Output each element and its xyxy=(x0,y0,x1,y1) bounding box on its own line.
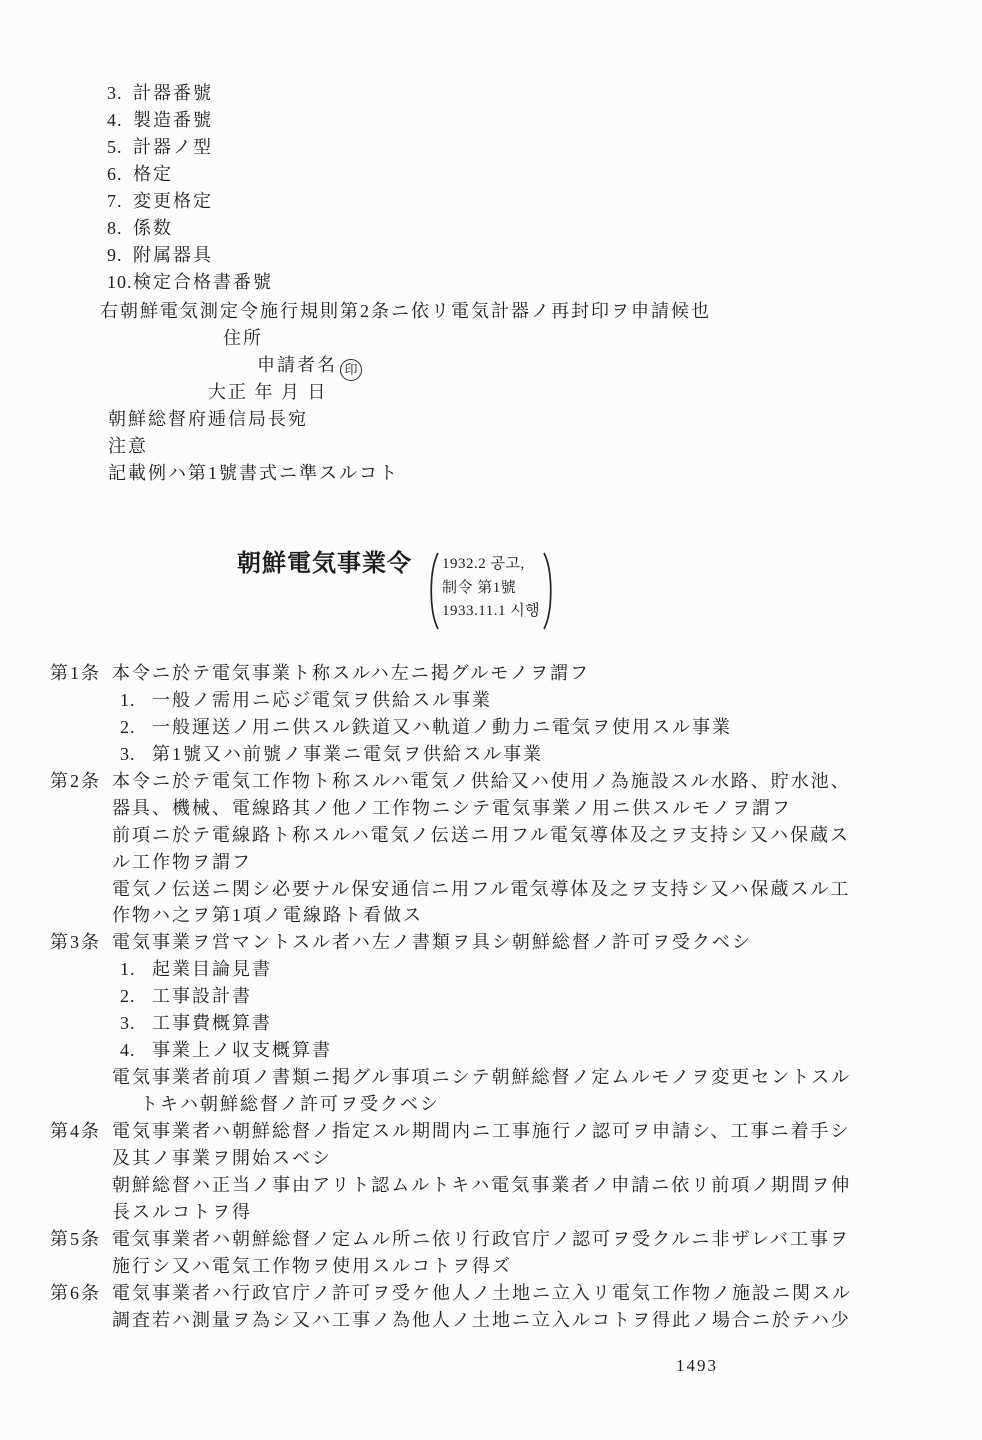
article-text: 事業上ノ収支概算書 xyxy=(152,1037,332,1064)
item-number: 10. xyxy=(107,269,133,296)
form-statement: 右朝鮮電気測定令施行規則第2条ニ依リ電気計器ノ再封印ヲ申請候也 xyxy=(0,298,982,325)
annotation-line: 1932.2 공고, xyxy=(442,553,540,577)
seal-mark: 印 xyxy=(340,359,362,381)
ordinance-articles: 第1条本令ニ於テ電気事業ト称スルハ左ニ掲グルモノヲ謂フ1.一般ノ需用ニ応ジ電気ヲ… xyxy=(0,660,982,1333)
article-line: 作物ハ之ヲ第1項ノ電線路ト看做ス xyxy=(0,902,982,929)
article-line: 2.工事設計書 xyxy=(0,983,982,1010)
article-start-line: 第2条本令ニ於テ電気工作物ト称スルハ電気ノ供給又ハ使用ノ為施設スル水路、貯水池、 xyxy=(0,768,982,795)
article-start-line: 第4条電気事業者ハ朝鮮総督ノ指定スル期間内ニ工事施行ノ認可ヲ申請シ、工事ニ着手シ xyxy=(0,1118,982,1145)
article-text: 電気事業者ハ朝鮮総督ノ定ムル所ニ依リ行政官庁ノ認可ヲ受クルニ非ザレバ工事ヲ xyxy=(112,1226,850,1253)
annotation-line: 制令 第1號 xyxy=(442,577,540,601)
article-text: 工事設計書 xyxy=(152,983,252,1010)
article-text: 電気事業ヲ営マントスル者ハ左ノ書類ヲ具シ朝鮮総督ノ許可ヲ受クベシ xyxy=(112,929,752,956)
item-label: 附属器具 xyxy=(133,242,213,269)
article-text: 朝鮮総督ハ正当ノ事由アリト認ムルトキハ電気事業者ノ申請ニ依リ前項ノ期間ヲ伸 xyxy=(112,1172,851,1199)
note-heading: 注意 xyxy=(0,433,982,460)
annotation-line: 1933.11.1 시행 xyxy=(442,600,540,624)
item-label: 変更格定 xyxy=(133,188,213,215)
article-line: 調査若ハ測量ヲ為シ又ハ工事ノ為他人ノ土地ニ立入ルコトヲ得此ノ場合ニ於テハ少 xyxy=(0,1307,982,1334)
annotation-lines: 1932.2 공고,制令 第1號1933.11.1 시행 xyxy=(442,553,540,624)
meter-form-item: 8.係数 xyxy=(0,215,982,242)
article-text: 第1號又ハ前號ノ事業ニ電気ヲ供給スル事業 xyxy=(152,741,543,768)
addressee-line: 朝鮮総督府逓信局長宛 xyxy=(0,406,982,433)
article-text: 工事費概算書 xyxy=(152,1010,272,1037)
article-line: 及其ノ事業ヲ開始スベシ xyxy=(0,1145,982,1172)
article-line: 2.一般運送ノ用ニ供スル鉄道又ハ軌道ノ動力ニ電気ヲ使用スル事業 xyxy=(0,714,982,741)
meter-form-item: 5.計器ノ型 xyxy=(0,134,982,161)
left-paren-icon xyxy=(426,551,440,631)
meter-form-item: 3.計器番號 xyxy=(0,80,982,107)
item-label: 製造番號 xyxy=(133,107,213,134)
article-line: 朝鮮総督ハ正当ノ事由アリト認ムルトキハ電気事業者ノ申請ニ依リ前項ノ期間ヲ伸 xyxy=(0,1172,982,1199)
item-number: 2. xyxy=(120,983,136,1010)
meter-form-item: 6.格定 xyxy=(0,161,982,188)
article-line: 施行シ又ハ電気工作物ヲ使用スルコトヲ得ズ xyxy=(0,1253,982,1280)
ordinance-annotation: 1932.2 공고,制令 第1號1933.11.1 시행 xyxy=(426,551,556,631)
meter-form-item: 9.附属器具 xyxy=(0,242,982,269)
meter-form-item: 7.変更格定 xyxy=(0,188,982,215)
meter-form-list: 3.計器番號4.製造番號5.計器ノ型6.格定7.変更格定8.係数9.附属器具10… xyxy=(0,80,982,296)
item-label: 格定 xyxy=(133,161,173,188)
meter-form-lines: 右朝鮮電気測定令施行規則第2条ニ依リ電気計器ノ再封印ヲ申請候也 住所 申請者名印… xyxy=(0,298,982,487)
page-number: 1493 xyxy=(676,1352,718,1379)
article-text: 電気事業者前項ノ書類ニ掲グル事項ニシテ朝鮮総督ノ定ムルモノヲ変更セントスル xyxy=(112,1064,851,1091)
item-number: 6. xyxy=(107,161,123,188)
article-text: 施行シ又ハ電気工作物ヲ使用スルコトヲ得ズ xyxy=(112,1253,512,1280)
article-label: 第5条 xyxy=(50,1226,101,1253)
meter-form-item: 10.検定合格書番號 xyxy=(0,269,982,296)
item-number: 4. xyxy=(120,1037,136,1064)
article-start-line: 第6条電気事業者ハ行政官庁ノ許可ヲ受ケ他人ノ土地ニ立入リ電気工作物ノ施設ニ関スル xyxy=(0,1280,982,1307)
article-text: トキハ朝鮮総督ノ許可ヲ受クベシ xyxy=(140,1091,440,1118)
article-line: 4.事業上ノ収支概算書 xyxy=(0,1037,982,1064)
article-start-line: 第1条本令ニ於テ電気事業ト称スルハ左ニ掲グルモノヲ謂フ xyxy=(0,660,982,687)
article-label: 第4条 xyxy=(50,1118,101,1145)
article-line: 前項ニ於テ電線路ト称スルハ電気ノ伝送ニ用フル電気導体及之ヲ支持シ又ハ保蔵ス xyxy=(0,822,982,849)
article-text: 電気事業者ハ朝鮮総督ノ指定スル期間内ニ工事施行ノ認可ヲ申請シ、工事ニ着手シ xyxy=(112,1118,851,1145)
article-text: 調査若ハ測量ヲ為シ又ハ工事ノ為他人ノ土地ニ立入ルコトヲ得此ノ場合ニ於テハ少 xyxy=(112,1307,851,1334)
note-text: 記載例ハ第1號書式ニ準スルコト xyxy=(0,460,982,487)
item-number: 9. xyxy=(107,242,123,269)
item-number: 5. xyxy=(107,134,123,161)
article-text: 電気ノ伝送ニ関シ必要ナル保安通信ニ用フル電気導体及之ヲ支持シ又ハ保蔵スル工 xyxy=(112,876,850,903)
article-text: 一般ノ需用ニ応ジ電気ヲ供給スル事業 xyxy=(152,687,492,714)
article-text: ル工作物ヲ謂フ xyxy=(112,849,252,876)
address-label: 住所 xyxy=(0,325,982,352)
item-number: 1. xyxy=(120,956,136,983)
item-number: 1. xyxy=(120,687,136,714)
item-label: 計器番號 xyxy=(133,80,213,107)
scanned-document-page: 3.計器番號4.製造番號5.計器ノ型6.格定7.変更格定8.係数9.附属器具10… xyxy=(0,0,982,1440)
ordinance-title: 朝鮮電気事業令 xyxy=(237,551,412,578)
item-number: 7. xyxy=(107,188,123,215)
article-text: 電気事業者ハ行政官庁ノ許可ヲ受ケ他人ノ土地ニ立入リ電気工作物ノ施設ニ関スル xyxy=(112,1280,852,1307)
article-start-line: 第5条電気事業者ハ朝鮮総督ノ定ムル所ニ依リ行政官庁ノ認可ヲ受クルニ非ザレバ工事ヲ xyxy=(0,1226,982,1253)
article-line: 器具、機械、電線路其ノ他ノ工作物ニシテ電気事業ノ用ニ供スルモノヲ謂フ xyxy=(0,795,982,822)
article-start-line: 第3条電気事業ヲ営マントスル者ハ左ノ書類ヲ具シ朝鮮総督ノ許可ヲ受クベシ xyxy=(0,929,982,956)
article-text: 本令ニ於テ電気工作物ト称スルハ電気ノ供給又ハ使用ノ為施設スル水路、貯水池、 xyxy=(112,768,851,795)
ordinance-title-block: 朝鮮電気事業令 1932.2 공고,制令 第1號1933.11.1 시행 xyxy=(237,551,556,631)
article-line: トキハ朝鮮総督ノ許可ヲ受クベシ xyxy=(0,1091,982,1118)
article-text: 作物ハ之ヲ第1項ノ電線路ト看做ス xyxy=(112,902,423,929)
item-number: 2. xyxy=(120,714,136,741)
item-label: 検定合格書番號 xyxy=(133,269,273,296)
article-text: 一般運送ノ用ニ供スル鉄道又ハ軌道ノ動力ニ電気ヲ使用スル事業 xyxy=(152,714,732,741)
article-text: 及其ノ事業ヲ開始スベシ xyxy=(112,1145,332,1172)
item-number: 3. xyxy=(120,1010,136,1037)
article-text: 本令ニ於テ電気事業ト称スルハ左ニ掲グルモノヲ謂フ xyxy=(112,660,590,687)
article-line: ル工作物ヲ謂フ xyxy=(0,849,982,876)
article-text: 起業目論見書 xyxy=(152,956,272,983)
date-line: 大正 年 月 日 xyxy=(0,379,982,406)
item-number: 4. xyxy=(107,107,123,134)
applicant-line: 申請者名印 xyxy=(0,352,982,379)
article-text: 長スルコトヲ得 xyxy=(112,1199,252,1226)
article-label: 第3条 xyxy=(50,929,101,956)
item-number: 8. xyxy=(107,215,123,242)
item-number: 3. xyxy=(120,741,136,768)
article-label: 第6条 xyxy=(50,1280,101,1307)
meter-form-item: 4.製造番號 xyxy=(0,107,982,134)
article-line: 1.起業目論見書 xyxy=(0,956,982,983)
right-paren-icon xyxy=(542,551,556,631)
item-label: 計器ノ型 xyxy=(133,134,213,161)
article-line: 電気ノ伝送ニ関シ必要ナル保安通信ニ用フル電気導体及之ヲ支持シ又ハ保蔵スル工 xyxy=(0,876,982,903)
article-line: 1.一般ノ需用ニ応ジ電気ヲ供給スル事業 xyxy=(0,687,982,714)
article-line: 電気事業者前項ノ書類ニ掲グル事項ニシテ朝鮮総督ノ定ムルモノヲ変更セントスル xyxy=(0,1064,982,1091)
article-text: 器具、機械、電線路其ノ他ノ工作物ニシテ電気事業ノ用ニ供スルモノヲ謂フ xyxy=(112,795,792,822)
article-label: 第1条 xyxy=(50,660,101,687)
article-label: 第2条 xyxy=(50,768,101,795)
article-line: 3.第1號又ハ前號ノ事業ニ電気ヲ供給スル事業 xyxy=(0,741,982,768)
article-line: 3.工事費概算書 xyxy=(0,1010,982,1037)
item-number: 3. xyxy=(107,80,123,107)
applicant-label: 申請者名 xyxy=(257,355,337,375)
item-label: 係数 xyxy=(133,215,173,242)
article-line: 長スルコトヲ得 xyxy=(0,1199,982,1226)
article-text: 前項ニ於テ電線路ト称スルハ電気ノ伝送ニ用フル電気導体及之ヲ支持シ又ハ保蔵ス xyxy=(112,822,850,849)
